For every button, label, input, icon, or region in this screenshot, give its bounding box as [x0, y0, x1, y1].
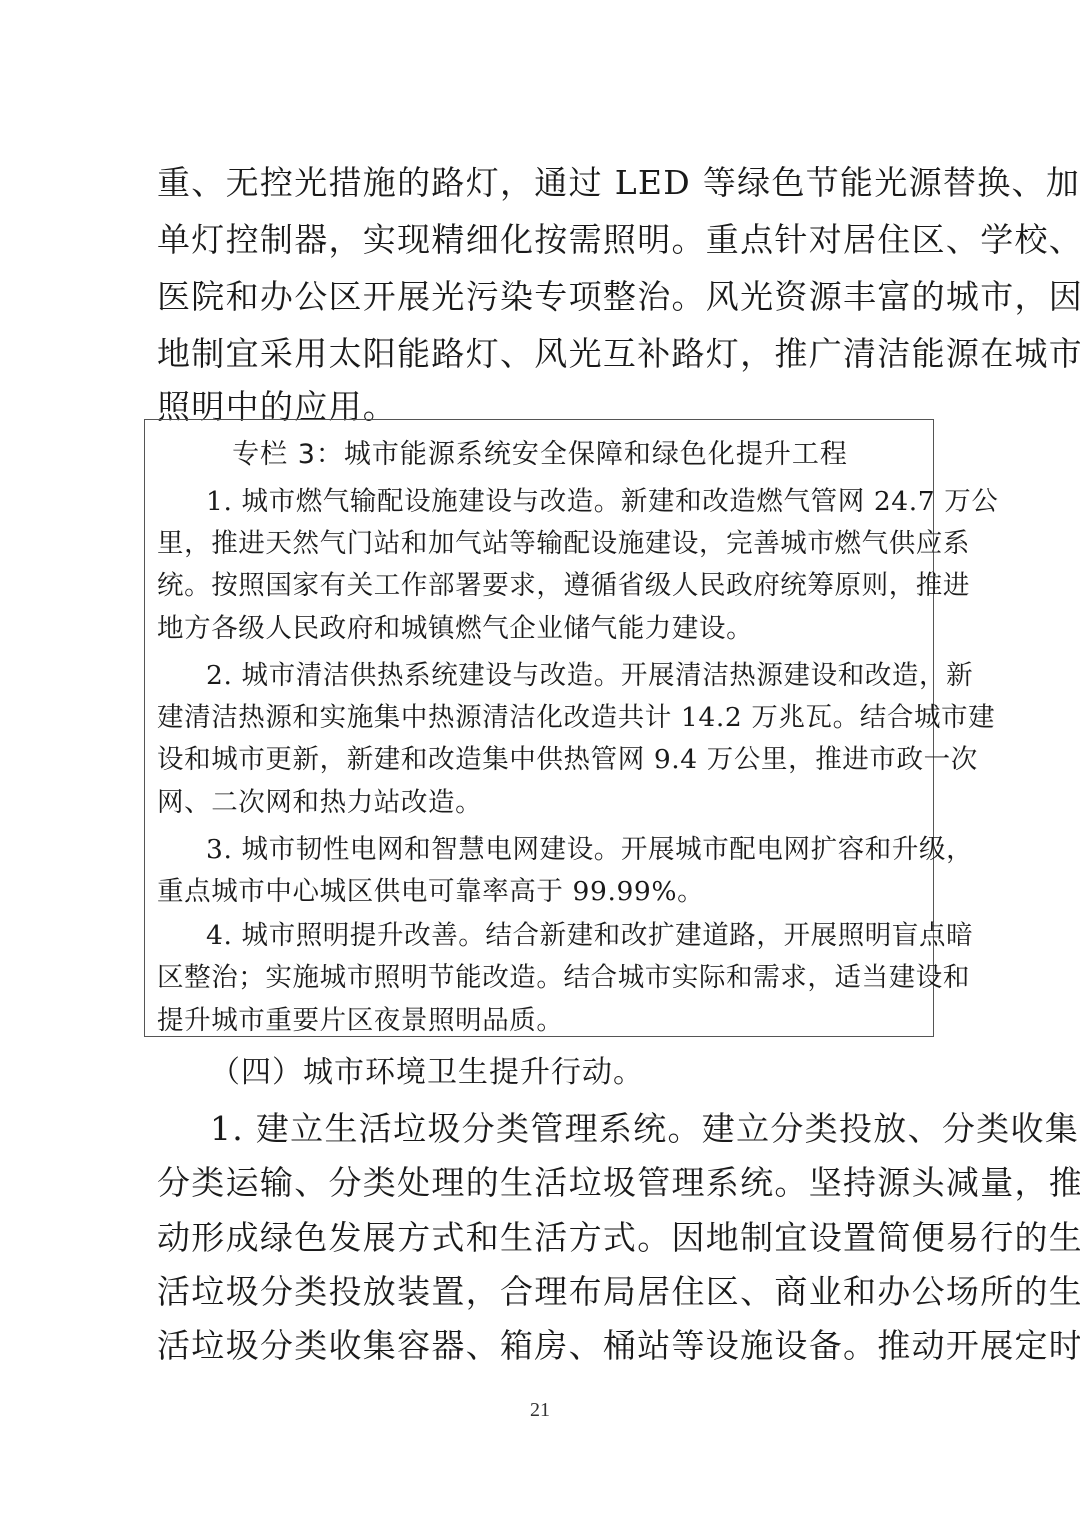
paragraph-line: 地制宜采用太阳能路灯、风光互补路灯，推广清洁能源在城市	[157, 334, 927, 374]
paragraph-line: 单灯控制器，实现精细化按需照明。重点针对居住区、学校、	[157, 220, 927, 260]
column-item-line: 提升城市重要片区夜景照明品质。	[157, 1005, 925, 1037]
column-item-line: 地方各级人民政府和城镇燃气企业储气能力建设。	[157, 613, 925, 645]
column-item-line: 统。按照国家有关工作部署要求，遵循省级人民政府统筹原则，推进	[157, 570, 925, 602]
paragraph-line: 活垃圾分类收集容器、箱房、桶站等设施设备。推动开展定时	[157, 1326, 927, 1366]
section-heading: （四）城市环境卫生提升行动。	[210, 1055, 644, 1091]
column-item-line: 里，推进天然气门站和加气站等输配设施建设，完善城市燃气供应系	[157, 528, 925, 560]
column-item-line: 网、二次网和热力站改造。	[157, 787, 925, 819]
paragraph-line: 动形成绿色发展方式和生活方式。因地制宜设置简便易行的生	[157, 1218, 927, 1258]
paragraph-line: 分类运输、分类处理的生活垃圾管理系统。坚持源头减量，推	[157, 1163, 927, 1203]
column-box-title: 专栏 3：城市能源系统安全保障和绿色化提升工程	[145, 438, 935, 472]
column-item-line: 1. 城市燃气输配设施建设与改造。新建和改造燃气管网 24.7 万公	[206, 486, 925, 518]
document-page: 重、无控光措施的路灯，通过 LED 等绿色节能光源替换、加装 单灯控制器，实现精…	[0, 0, 1080, 1527]
column-item-line: 3. 城市韧性电网和智慧电网建设。开展城市配电网扩容和升级，	[206, 834, 925, 866]
column-item-line: 区整治；实施城市照明节能改造。结合城市实际和需求，适当建设和	[157, 962, 925, 994]
paragraph-line: 医院和办公区开展光污染专项整治。风光资源丰富的城市，因	[157, 277, 927, 317]
page-number: 21	[0, 1398, 1080, 1422]
paragraph-line: 1. 建立生活垃圾分类管理系统。建立分类投放、分类收集、	[210, 1109, 927, 1149]
paragraph-line: 活垃圾分类投放装置，合理布局居住区、商业和办公场所的生	[157, 1272, 927, 1312]
column-item-line: 建清洁热源和实施集中热源清洁化改造共计 14.2 万兆瓦。结合城市建	[157, 702, 925, 734]
column-item-line: 2. 城市清洁供热系统建设与改造。开展清洁热源建设和改造，新	[206, 660, 925, 692]
column-item-line: 4. 城市照明提升改善。结合新建和改扩建道路，开展照明盲点暗	[206, 920, 925, 952]
column-item-line: 重点城市中心城区供电可靠率高于 99.99%。	[157, 876, 925, 908]
column-box: 专栏 3：城市能源系统安全保障和绿色化提升工程 1. 城市燃气输配设施建设与改造…	[144, 419, 934, 1037]
column-item-line: 设和城市更新，新建和改造集中供热管网 9.4 万公里，推进市政一次	[157, 744, 925, 776]
paragraph-line: 重、无控光措施的路灯，通过 LED 等绿色节能光源替换、加装	[157, 163, 927, 203]
